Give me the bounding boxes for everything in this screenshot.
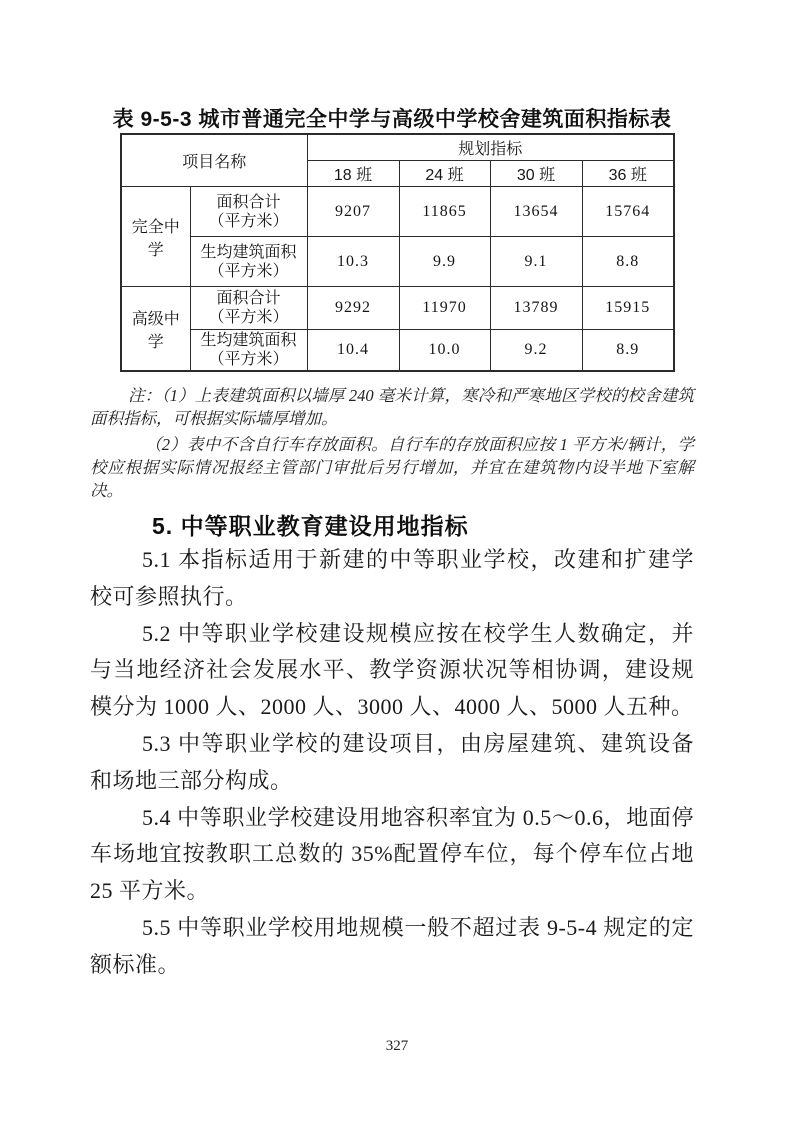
table-row: 生均建筑面积 （平方米） 10.3 9.9 9.1 8.8	[121, 237, 674, 287]
note-1: 注：（1）上表建筑面积以墙厚 240 毫米计算，寒冷和严寒地区学校的校舍建筑面积…	[90, 384, 694, 430]
row-unit: （平方米）	[193, 350, 305, 369]
value-cell: 8.9	[582, 330, 674, 372]
row-label: 生均建筑面积	[201, 332, 297, 349]
row-label-cell: 面积合计 （平方米）	[190, 187, 307, 237]
value-cell: 10.0	[399, 330, 490, 372]
value-cell: 9.1	[490, 237, 582, 287]
paragraph-5-5: 5.5 中等职业学校用地规模一般不超过表 9-5-4 规定的定额标准。	[90, 910, 694, 984]
value-cell: 13654	[490, 187, 582, 237]
value-cell: 15764	[582, 187, 674, 237]
paragraph-5-3: 5.3 中等职业学校的建设项目，由房屋建筑、建筑设备和场地三部分构成。	[90, 726, 694, 800]
row-label: 生均建筑面积	[201, 244, 297, 261]
value-cell: 10.4	[307, 330, 399, 372]
header-cell-24-classes: 24 班	[399, 161, 490, 187]
row-label-cell: 面积合计 （平方米）	[190, 287, 307, 330]
header-cell-36-classes: 36 班	[582, 161, 674, 187]
table-title: 表 9-5-3 城市普通完全中学与高级中学校舍建筑面积指标表	[90, 106, 694, 133]
paragraph-5-1: 5.1 本指标适用于新建的中等职业学校，改建和扩建学校可参照执行。	[90, 542, 694, 616]
row-label-cell: 生均建筑面积 （平方米）	[190, 237, 307, 287]
page-content: 表 9-5-3 城市普通完全中学与高级中学校舍建筑面积指标表 项目名称 规划指标…	[0, 106, 794, 984]
value-cell: 9.2	[490, 330, 582, 372]
table-notes: 注：（1）上表建筑面积以墙厚 240 毫米计算，寒冷和严寒地区学校的校舍建筑面积…	[90, 384, 694, 502]
header-cell-planning-indicator: 规划指标	[307, 134, 674, 161]
building-area-table: 项目名称 规划指标 18 班 24 班 30 班 36 班 完全中学 面积合计 …	[120, 133, 675, 372]
paragraph-5-2: 5.2 中等职业学校建设规模应按在校学生人数确定，并与当地经济社会发展水平、教学…	[90, 616, 694, 726]
value-cell: 11970	[399, 287, 490, 330]
document-page: 表 9-5-3 城市普通完全中学与高级中学校舍建筑面积指标表 项目名称 规划指标…	[0, 0, 794, 1122]
table-row: 完全中学 面积合计 （平方米） 9207 11865 13654 15764	[121, 187, 674, 237]
row-unit: （平方米）	[193, 308, 305, 327]
page-number: 327	[0, 1038, 794, 1055]
row-unit: （平方米）	[193, 262, 305, 281]
row-unit: （平方米）	[193, 212, 305, 231]
group-cell-senior-high-school: 高级中学	[121, 287, 190, 372]
value-cell: 9.9	[399, 237, 490, 287]
value-cell: 13789	[490, 287, 582, 330]
header-cell-project-name: 项目名称	[121, 134, 307, 187]
row-label-cell: 生均建筑面积 （平方米）	[190, 330, 307, 372]
group-cell-complete-middle-school: 完全中学	[121, 187, 190, 287]
header-cell-30-classes: 30 班	[490, 161, 582, 187]
section-heading: 5. 中等职业教育建设用地指标	[90, 511, 694, 542]
paragraph-5-4: 5.4 中等职业学校建设用地容积率宜为 0.5～0.6，地面停车场地宜按教职工总…	[90, 800, 694, 910]
value-cell: 8.8	[582, 237, 674, 287]
value-cell: 9292	[307, 287, 399, 330]
table-header-row-1: 项目名称 规划指标	[121, 134, 674, 161]
row-label: 面积合计	[217, 194, 281, 211]
value-cell: 9207	[307, 187, 399, 237]
table-row: 高级中学 面积合计 （平方米） 9292 11970 13789 15915	[121, 287, 674, 330]
note-2: （2）表中不含自行车存放面积。自行车的存放面积应按 1 平方米/辆计，学校应根据…	[90, 433, 694, 502]
value-cell: 11865	[399, 187, 490, 237]
value-cell: 10.3	[307, 237, 399, 287]
row-label: 面积合计	[217, 290, 281, 307]
header-cell-18-classes: 18 班	[307, 161, 399, 187]
value-cell: 15915	[582, 287, 674, 330]
table-row: 生均建筑面积 （平方米） 10.4 10.0 9.2 8.9	[121, 330, 674, 372]
